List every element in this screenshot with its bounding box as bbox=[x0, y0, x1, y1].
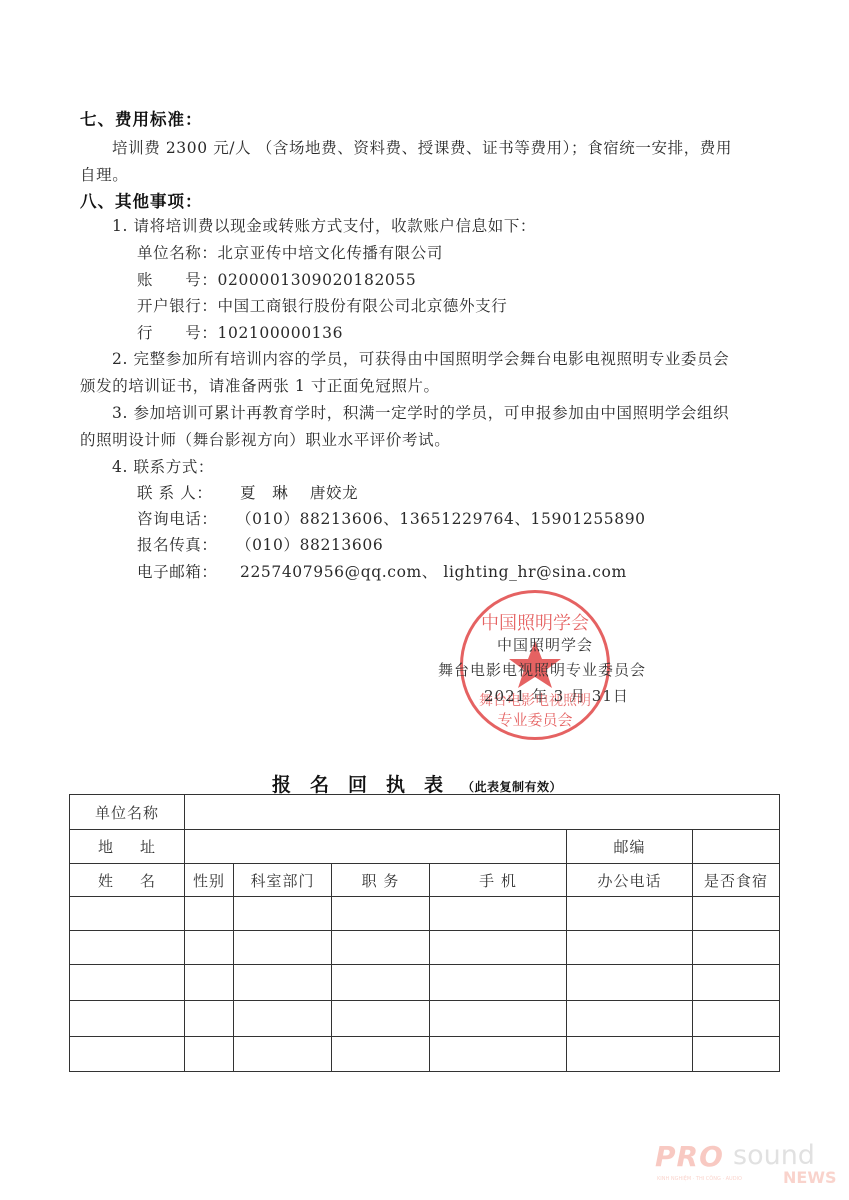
table-row bbox=[70, 1037, 780, 1072]
col-office-phone: 办公电话 bbox=[567, 864, 693, 897]
form-note: （此表复制有效） bbox=[462, 780, 562, 794]
org-name-label: 单位名称 bbox=[70, 795, 185, 830]
col-position: 职 务 bbox=[332, 864, 430, 897]
account-no-label: 账 号： bbox=[137, 271, 218, 289]
registration-form-table: 单位名称 地址 邮编 姓名 性别 科室部门 职 务 手 机 办公电话 是否食宿 bbox=[69, 794, 780, 1072]
certificate-text-line2: 颁发的培训证书，请准备两张 1 寸正面免冠照片。 bbox=[80, 374, 440, 396]
phone-label: 咨询电话： bbox=[137, 507, 218, 529]
contact-heading: 4. 联系方式： bbox=[112, 455, 214, 477]
bank-no-value: 102100000136 bbox=[218, 324, 344, 342]
bank-row: 开户银行：中国工商银行股份有限公司北京德外支行 bbox=[137, 294, 507, 316]
exam-text-line1: 3. 参加培训可累计再教育学时，积满一定学时的学员，可申报参加由中国照明学会组织 bbox=[112, 401, 729, 423]
account-no-row: 账 号：0200001309020182055 bbox=[137, 268, 416, 290]
fee-text-line1: 培训费 2300 元/人 （含场地费、资料费、授课费、证书等费用）；食宿统一安排… bbox=[112, 136, 732, 158]
certificate-text-line1: 2. 完整参加所有培训内容的学员，可获得由中国照明学会舞台电影电视照明专业委员会 bbox=[112, 347, 729, 369]
address-label: 地址 bbox=[70, 830, 185, 864]
form-title: 报名回执表（此表复制有效） bbox=[272, 770, 562, 797]
bank-value: 中国工商银行股份有限公司北京德外支行 bbox=[218, 297, 508, 315]
prosound-news-watermark-logo: PRO sound NEWS KINH NGHIỆM · THI CÔNG · … bbox=[655, 1138, 835, 1188]
col-gender: 性别 bbox=[185, 864, 234, 897]
table-row bbox=[70, 931, 780, 965]
form-title-text: 报名回执表 bbox=[272, 774, 462, 796]
col-accommodation: 是否食宿 bbox=[693, 864, 780, 897]
fax-value: （010）88213606 bbox=[236, 533, 383, 555]
watermark-news: NEWS bbox=[783, 1168, 837, 1187]
watermark-subtitle: KINH NGHIỆM · THI CÔNG · AUDIO bbox=[657, 1176, 742, 1182]
fax-label: 报名传真： bbox=[137, 533, 218, 555]
bank-no-row: 行 号：102100000136 bbox=[137, 321, 343, 343]
bank-no-label: 行 号： bbox=[137, 324, 218, 342]
section-7-heading: 七、费用标准： bbox=[80, 106, 203, 130]
contact-person-label: 联 系 人： bbox=[137, 481, 212, 503]
signature-org-1: 中国照明学会 bbox=[497, 634, 593, 655]
exam-text-line2: 的照明设计师（舞台影视方向）职业水平评价考试。 bbox=[80, 428, 450, 450]
address-field[interactable] bbox=[185, 830, 567, 864]
org-name-field[interactable] bbox=[185, 795, 780, 830]
watermark-sound: sound bbox=[733, 1140, 815, 1171]
signature-date: 2021 年 3 月 31日 bbox=[484, 685, 629, 706]
account-no-value: 0200001309020182055 bbox=[218, 271, 417, 289]
svg-text:专业委员会: 专业委员会 bbox=[497, 711, 572, 729]
account-name-value: 北京亚传中培文化传播有限公司 bbox=[218, 244, 443, 262]
postcode-field[interactable] bbox=[693, 830, 780, 864]
col-mobile: 手 机 bbox=[430, 864, 567, 897]
col-department: 科室部门 bbox=[234, 864, 332, 897]
account-name-label: 单位名称： bbox=[137, 244, 218, 262]
table-row bbox=[70, 965, 780, 1001]
svg-text:中国照明学会: 中国照明学会 bbox=[481, 613, 589, 634]
phone-value: （010）88213606、13651229764、15901255890 bbox=[236, 507, 646, 529]
account-name-row: 单位名称：北京亚传中培文化传播有限公司 bbox=[137, 241, 443, 263]
col-name: 姓名 bbox=[70, 864, 185, 897]
postcode-label: 邮编 bbox=[567, 830, 693, 864]
contact-person-value: 夏 琳 唐姣龙 bbox=[240, 481, 358, 503]
table-header-row: 姓名 性别 科室部门 职 务 手 机 办公电话 是否食宿 bbox=[70, 864, 780, 897]
email-value: 2257407956@qq.com、 lighting_hr@sina.com bbox=[240, 560, 627, 582]
table-row bbox=[70, 1001, 780, 1037]
section-8-heading: 八、其他事项： bbox=[80, 188, 203, 212]
watermark-pro: PRO bbox=[655, 1140, 724, 1173]
signature-org-2: 舞台电影电视照明专业委员会 bbox=[438, 659, 646, 680]
table-row bbox=[70, 897, 780, 931]
fee-text-line2: 自理。 bbox=[80, 163, 128, 185]
email-label: 电子邮箱： bbox=[137, 560, 218, 582]
bank-label: 开户银行： bbox=[137, 297, 218, 315]
payment-instruction: 1. 请将培训费以现金或转账方式支付，收款账户信息如下： bbox=[112, 214, 536, 236]
